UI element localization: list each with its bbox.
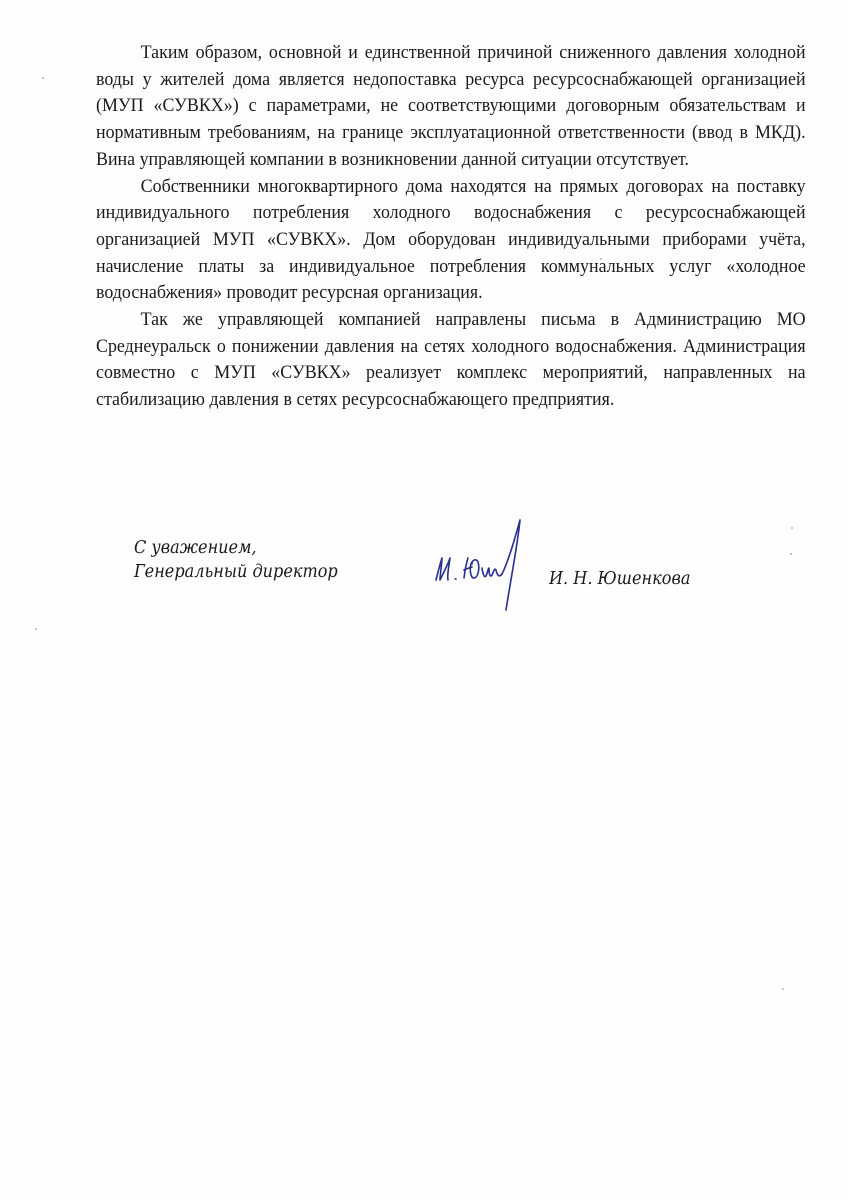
paragraph-cause: Таким образом, основной и единственной п… [96, 40, 806, 174]
scan-speck [782, 988, 784, 990]
closing-block: С уважением, Генеральный директор [134, 536, 338, 584]
paragraph-contracts: Собственники многоквартирного дома наход… [96, 174, 806, 308]
signer-position: Генеральный директор [134, 560, 338, 584]
scan-speck [42, 77, 44, 79]
document-page: Таким образом, основной и единственной п… [0, 0, 848, 1200]
paragraph-administration: Так же управляющей компанией направлены … [96, 307, 806, 414]
scan-speck [35, 628, 37, 630]
scan-speck [790, 553, 792, 555]
signer-name: И. Н. Юшенкова [549, 567, 690, 591]
salutation: С уважением, [134, 536, 338, 560]
letter-body: Таким образом, основной и единственной п… [96, 40, 806, 414]
scan-speck [600, 258, 602, 260]
signature-icon [428, 512, 538, 617]
scan-speck [791, 527, 793, 529]
